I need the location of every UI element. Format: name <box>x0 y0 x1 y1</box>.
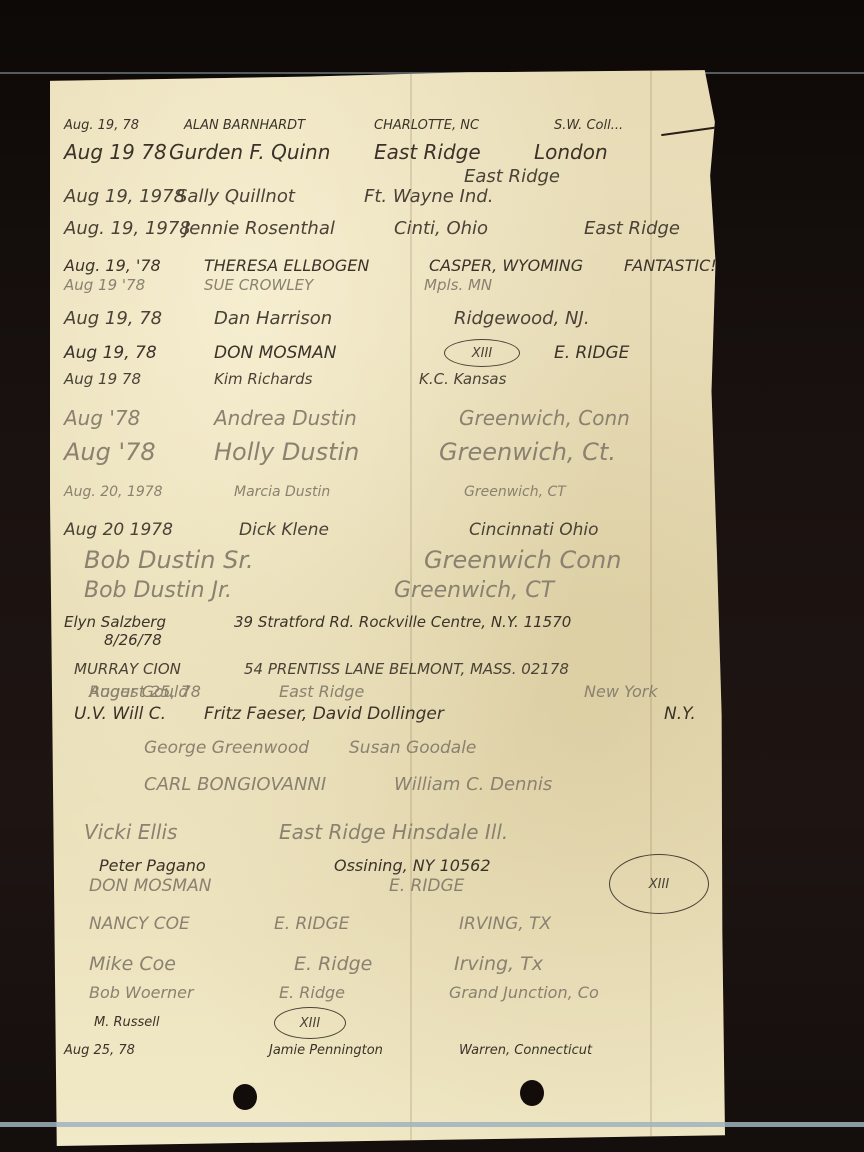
entry-date: Aug '78 <box>64 406 140 430</box>
register-entry: Aug 19 78Kim RichardsK.C. Kansas <box>64 370 717 391</box>
register-entry: Aug. 19, '78THERESA ELLBOGENCASPER, WYOM… <box>64 256 717 278</box>
entry-place: William C. Dennis <box>394 774 552 795</box>
entry-name: Jamie Pennington <box>269 1043 383 1058</box>
entry-name: Kim Richards <box>214 370 312 388</box>
register-entry: Aug 20 1978Dick KleneCincinnati Ohio <box>64 520 717 543</box>
entry-place: E. Ridge <box>294 953 372 975</box>
entry-date: Aug 19, 1978 <box>64 186 185 207</box>
entry-place: Greenwich, Ct. <box>439 438 616 466</box>
entry-place: Ft. Wayne Ind. <box>364 186 493 207</box>
entry-name: Bob Dustin Jr. <box>84 578 232 603</box>
entry-name: Bob Dustin Sr. <box>84 546 254 574</box>
entry-name: Roger Gould <box>89 682 189 701</box>
entry-name: Peter Pagano <box>99 856 206 875</box>
entry-date: 8/26/78 <box>104 631 162 649</box>
entry-extra: Irving, Tx <box>454 953 543 975</box>
entry-date: Aug. 20, 1978 <box>64 484 163 500</box>
entry-extra: S.W. Coll... <box>554 118 623 133</box>
punch-hole <box>520 1080 544 1106</box>
entry-name: Sally Quillnot <box>176 186 295 207</box>
register-entry: 8/26/78Elyn Salzberg39 Stratford Rd. Roc… <box>64 613 717 634</box>
entry-place: East Ridge Hinsdale Ill. <box>279 820 508 844</box>
entry-date: Aug 19 78 <box>64 140 167 164</box>
entry-name: Mike Coe <box>89 953 176 975</box>
entry-name: U.V. Will C. <box>74 704 166 724</box>
entry-extra: London <box>534 140 608 164</box>
entry-extra: IRVING, TX <box>459 914 551 934</box>
entry-date: Aug 19 78 <box>64 370 141 388</box>
entry-name: Gurden F. Quinn <box>169 140 330 164</box>
register-entry: Bob WoernerE. RidgeGrand Junction, Co <box>64 983 717 1005</box>
register-entry: Jamie PenningtonWarren, Connecticut <box>64 1043 717 1062</box>
punch-hole <box>233 1084 257 1110</box>
register-entry: Aug. 19, 1978Jennie RosenthalCinti, Ohio… <box>64 218 717 242</box>
entry-name: M. Russell <box>94 1015 160 1030</box>
entry-name: NANCY COE <box>89 914 190 934</box>
register-entry: Aug '78Andrea DustinGreenwich, Conn <box>64 406 717 432</box>
entry-place: E. RIDGE <box>274 914 349 934</box>
register-entry: Mike CoeE. RidgeIrving, Tx <box>64 953 717 978</box>
entry-place: K.C. Kansas <box>419 370 506 388</box>
entry-extra: East Ridge <box>464 166 560 187</box>
entry-place: CHARLOTTE, NC <box>374 118 479 133</box>
entry-extra: East Ridge <box>584 218 680 239</box>
entry-date: Aug 19, 78 <box>64 308 162 329</box>
entry-place: Cinti, Ohio <box>394 218 488 239</box>
entry-place: Ossining, NY 10562 <box>334 856 491 875</box>
register-entry: NANCY COEE. RIDGEIRVING, TX <box>64 914 717 937</box>
entry-name: Jennie Rosenthal <box>184 218 335 239</box>
entry-place: E. RIDGE <box>554 343 629 363</box>
xiii-circle-mark: XIII <box>444 339 520 367</box>
entry-place: Greenwich, CT <box>394 578 554 603</box>
entry-date: Aug. 19, 1978 <box>64 218 191 239</box>
entry-place: 39 Stratford Rd. Rockville Centre, N.Y. … <box>234 613 571 631</box>
glass-reflection-bottom <box>0 1122 864 1127</box>
entry-extra: FANTASTIC! E. Ridge <box>624 256 788 275</box>
entry-place: Warren, Connecticut <box>459 1043 592 1058</box>
entry-date: Aug 19 '78 <box>64 276 145 294</box>
entry-list: Aug. 19, 78ALAN BARNHARDTCHARLOTTE, NCS.… <box>50 68 725 1146</box>
xiii-circle-mark: XIII <box>609 854 709 914</box>
entry-extra: N.Y. <box>664 704 696 724</box>
entry-name: MURRAY CION <box>74 660 181 678</box>
entry-place: E. RIDGE <box>389 876 464 896</box>
register-entry: Aug 19, 78Dan HarrisonRidgewood, NJ. <box>64 308 717 332</box>
register-entry: DON MOSMANE. RIDGEXIII <box>64 876 717 899</box>
entry-place: East Ridge <box>374 140 481 164</box>
register-entry: Aug. 20, 1978Marcia DustinGreenwich, CT <box>64 484 717 504</box>
entry-place: Greenwich, Conn <box>459 406 630 430</box>
entry-extra: Grand Junction, Co <box>449 983 599 1002</box>
entry-place: Ridgewood, NJ. <box>454 308 590 329</box>
entry-place: E. Ridge <box>279 983 345 1002</box>
entry-name: Marcia Dustin <box>234 484 330 500</box>
entry-place: Susan Goodale <box>349 738 476 758</box>
entry-name: THERESA ELLBOGEN <box>204 256 369 275</box>
entry-place: 54 PRENTISS LANE BELMONT, MASS. 02178 <box>244 660 569 678</box>
entry-date: Aug. 19, '78 <box>64 256 161 275</box>
entry-extra: New York <box>584 682 658 701</box>
register-entry: Vicki EllisEast Ridge Hinsdale Ill. <box>64 820 717 846</box>
register-sheet: Aug. 19, 78ALAN BARNHARDTCHARLOTTE, NCS.… <box>50 68 725 1146</box>
entry-date: Aug 19, 78 <box>64 343 157 363</box>
entry-name: Holly Dustin <box>214 438 359 466</box>
entry-date: Aug '78 <box>64 438 156 466</box>
entry-name: SUE CROWLEY <box>204 276 313 294</box>
entry-name: Dick Klene <box>239 520 329 540</box>
register-entry: Aug 19 '78SUE CROWLEYMpls. MN <box>64 276 717 297</box>
entry-place: Cincinnati Ohio <box>469 520 598 540</box>
entry-name: CARL BONGIOVANNI <box>144 774 326 795</box>
entry-place: CASPER, WYOMING <box>429 256 583 275</box>
register-entry: U.V. Will C.Fritz Faeser, David Dollinge… <box>64 704 717 727</box>
entry-place: Greenwich, CT <box>464 484 566 500</box>
register-entry: Bob Dustin Sr.Greenwich Conn <box>64 546 717 576</box>
xiii-circle-mark: XIII <box>274 1007 346 1039</box>
register-entry: CARL BONGIOVANNIWilliam C. Dennis <box>64 774 717 798</box>
entry-name: DON MOSMAN <box>214 343 336 363</box>
entry-place: Greenwich Conn <box>424 546 621 574</box>
entry-place: Mpls. MN <box>424 276 492 294</box>
entry-name: Bob Woerner <box>89 983 194 1002</box>
entry-name: Vicki Ellis <box>84 820 177 844</box>
register-entry: Aug 19, 78DON MOSMANE. RIDGEXIII <box>64 343 717 366</box>
register-entry: MURRAY CION54 PRENTISS LANE BELMONT, MAS… <box>64 660 717 681</box>
register-entry: August 25, 78Roger GouldEast RidgeNew Yo… <box>64 682 717 704</box>
register-entry: Aug 19 78Gurden F. QuinnEast RidgeLondon <box>64 140 717 166</box>
entry-place: East Ridge <box>279 682 364 701</box>
entry-date: Aug. 19, 78 <box>64 118 139 133</box>
register-entry: Aug. 19, 78ALAN BARNHARDTCHARLOTTE, NCS.… <box>64 118 717 137</box>
register-entry: Bob Dustin Jr.Greenwich, CT <box>64 578 717 606</box>
entry-date: Aug 20 1978 <box>64 520 173 540</box>
entry-name: Andrea Dustin <box>214 406 357 430</box>
entry-name: Dan Harrison <box>214 308 332 329</box>
entry-place: Fritz Faeser, David Dollinger <box>204 704 444 724</box>
entry-name: George Greenwood <box>144 738 309 758</box>
register-entry: Aug '78Holly DustinGreenwich, Ct. <box>64 438 717 468</box>
register-entry: Aug 19, 1978Sally QuillnotFt. Wayne Ind.… <box>64 186 717 210</box>
register-entry: George GreenwoodSusan Goodale <box>64 738 717 761</box>
entry-name: ALAN BARNHARDT <box>184 118 305 133</box>
entry-name: DON MOSMAN <box>89 876 211 896</box>
entry-name: Elyn Salzberg <box>64 613 166 631</box>
